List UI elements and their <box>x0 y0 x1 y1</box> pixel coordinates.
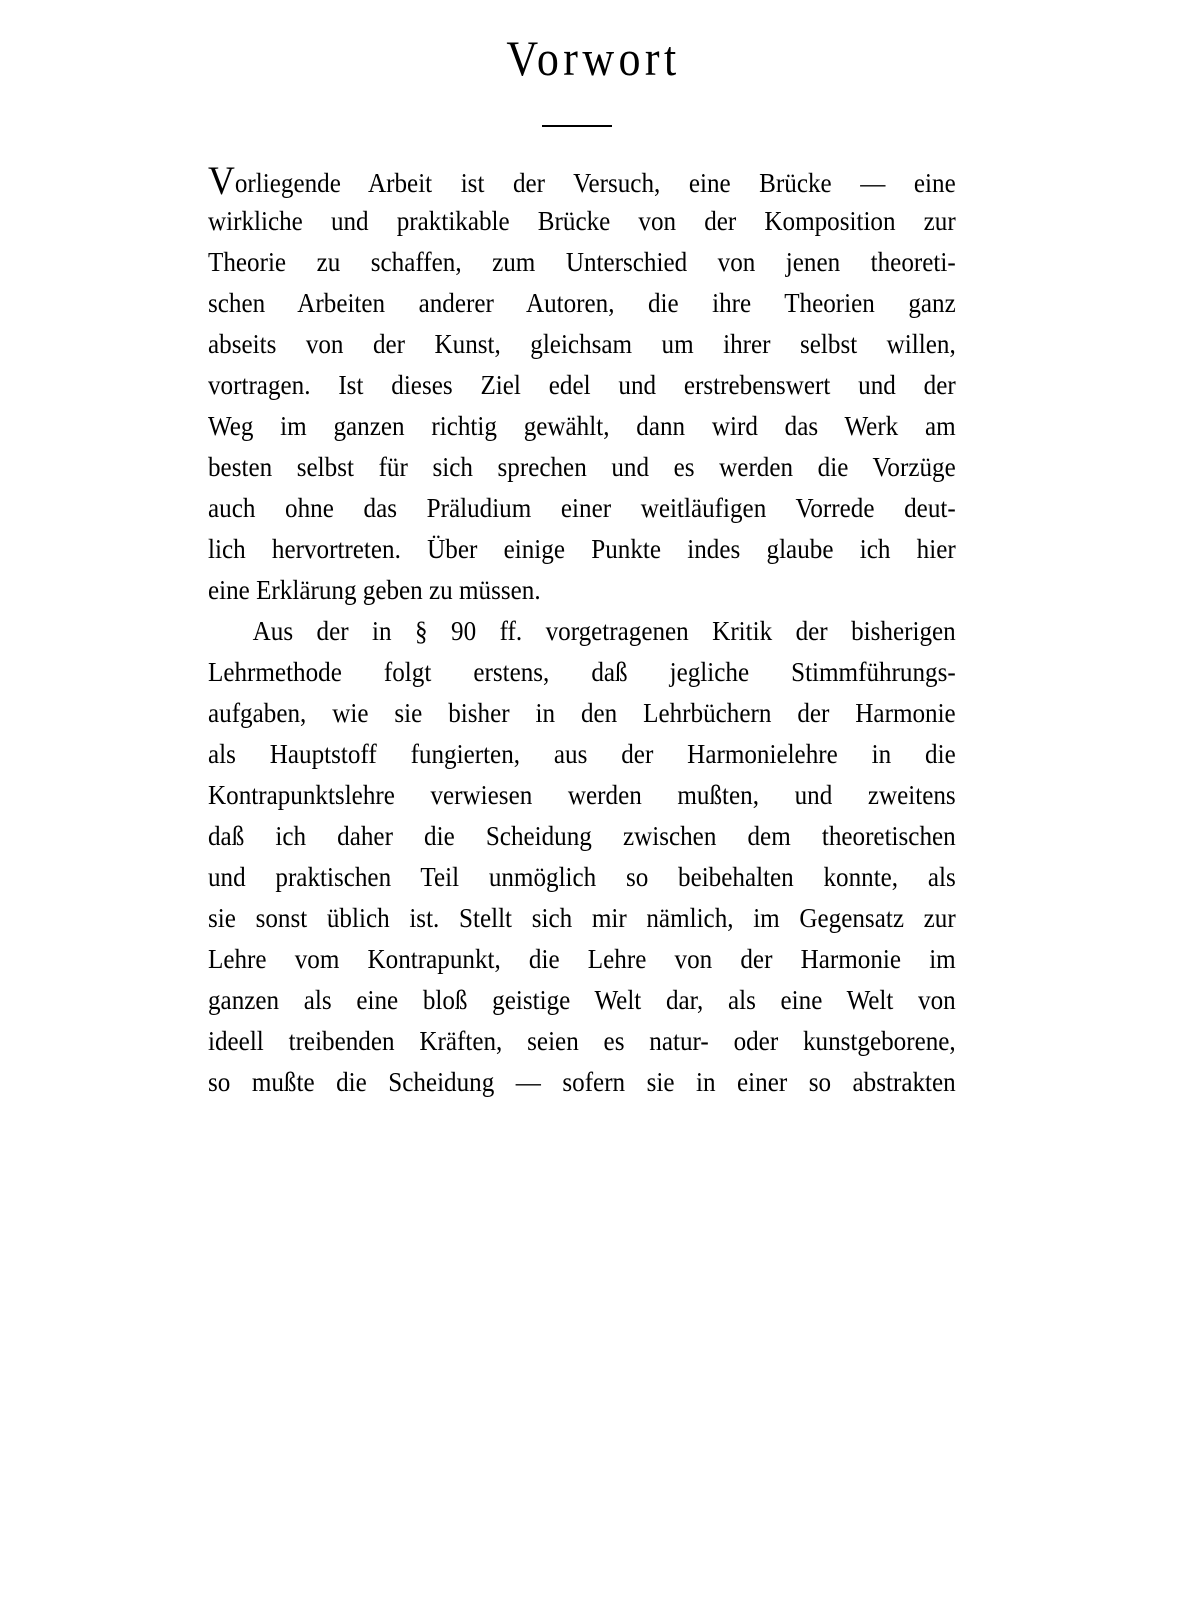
text-line: Vorliegende Arbeit ist der Versuch, eine… <box>208 160 956 201</box>
text-line: so mußte die Scheidung — sofern sie in e… <box>208 1062 956 1103</box>
text-line: Kontrapunktslehre verwiesen werden mußte… <box>208 775 956 816</box>
text-line: ideell treibenden Kräften, seien es natu… <box>208 1021 956 1062</box>
text-line: daß ich daher die Scheidung zwischen dem… <box>208 816 956 857</box>
text-line: ganzen als eine bloß geistige Welt dar, … <box>208 980 956 1021</box>
body-text: Vorliegende Arbeit ist der Versuch, eine… <box>208 160 956 1103</box>
title-rule-divider <box>542 125 612 127</box>
text-line: Lehre vom Kontrapunkt, die Lehre von der… <box>208 939 956 980</box>
text-line: Weg im ganzen richtig gewählt, dann wird… <box>208 406 956 447</box>
text-line: vortragen. Ist dieses Ziel edel und erst… <box>208 365 956 406</box>
text-line: als Hauptstoff fungierten, aus der Harmo… <box>208 734 956 775</box>
text-line: abseits von der Kunst, gleichsam um ihre… <box>208 324 956 365</box>
text-line: und praktischen Teil unmöglich so beibeh… <box>208 857 956 898</box>
paragraph-1: Vorliegende Arbeit ist der Versuch, eine… <box>208 160 956 611</box>
book-page: Vorwort Vorliegende Arbeit ist der Versu… <box>0 0 1187 1600</box>
text-line: Theorie zu schaffen, zum Unterschied von… <box>208 242 956 283</box>
text-line: sie sonst üblich ist. Stellt sich mir nä… <box>208 898 956 939</box>
text-line: schen Arbeiten anderer Autoren, die ihre… <box>208 283 956 324</box>
text-line: Aus der in § 90 ff. vorgetragenen Kritik… <box>208 611 956 652</box>
paragraph-2: Aus der in § 90 ff. vorgetragenen Kritik… <box>208 611 956 1103</box>
text-line: eine Erklärung geben zu müssen. <box>208 570 956 611</box>
drop-cap: V <box>208 158 235 203</box>
text-line: Lehrmethode folgt erstens, daß jegliche … <box>208 652 956 693</box>
page-title: Vorwort <box>71 28 1116 88</box>
text-line: besten selbst für sich sprechen und es w… <box>208 447 956 488</box>
text-line: aufgaben, wie sie bisher in den Lehrbüch… <box>208 693 956 734</box>
text-line: wirkliche und praktikable Brücke von der… <box>208 201 956 242</box>
text-line: auch ohne das Präludium einer weitläufig… <box>208 488 956 529</box>
text-line: lich hervortreten. Über einige Punkte in… <box>208 529 956 570</box>
